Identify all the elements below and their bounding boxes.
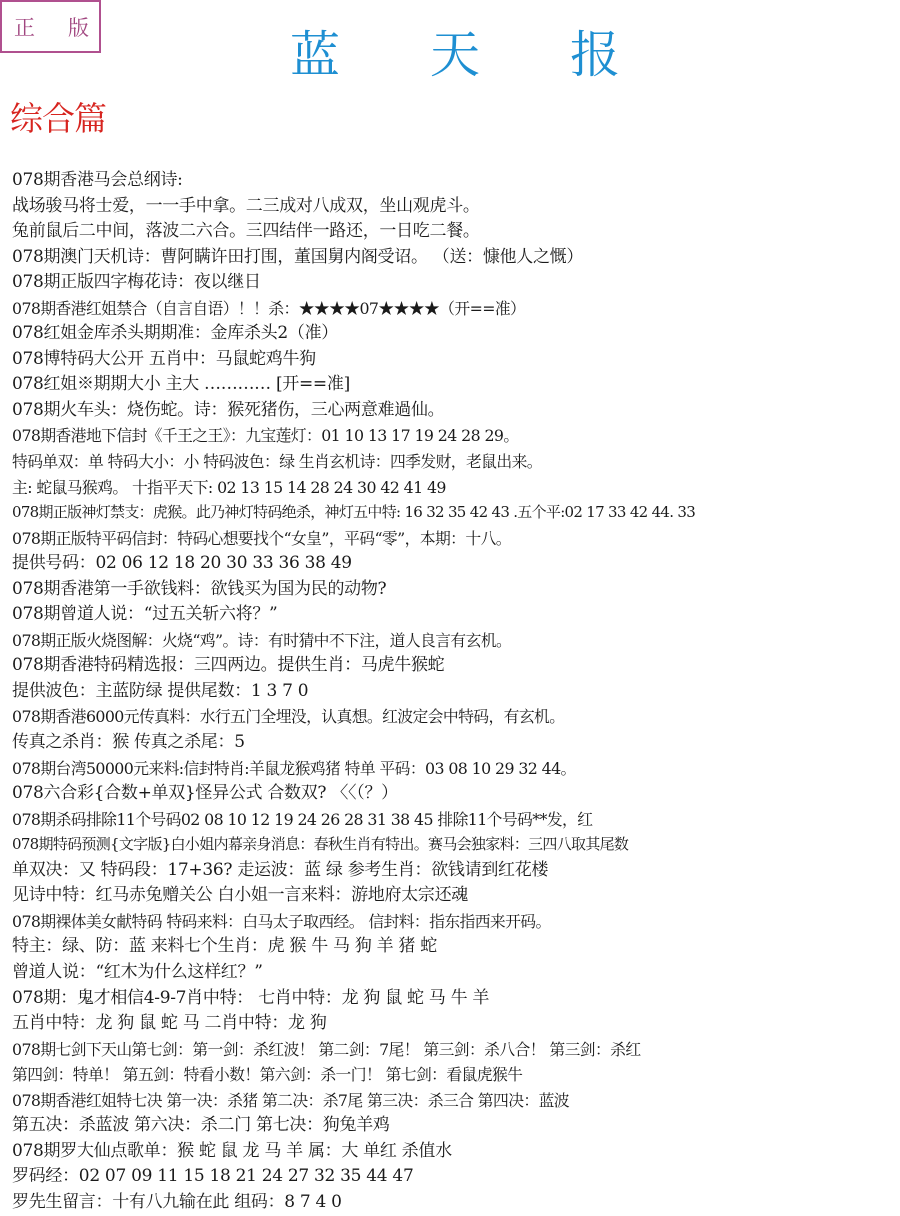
badge-char-2: 版	[68, 12, 89, 42]
content-line: 078期香港红姐特七决 第一决：杀猪 第二决：杀7尾 第三决：杀三合 第四决：蓝…	[12, 1088, 900, 1114]
content-line: 078期正版四字梅花诗：夜以继日	[12, 270, 900, 296]
masthead-char-3: 报	[570, 15, 620, 87]
content-line: 078期：鬼才相信4-9-7肖中特： 七肖中特：龙 狗 鼠 蛇 马 牛 羊	[12, 986, 900, 1012]
content-line: 078期特码预测{文字版}白小姐内幕亲身消息：春秋生肖有特出。赛马会独家料：三四…	[12, 832, 900, 858]
content-line: 078博特码大公开 五肖中：马鼠蛇鸡牛狗	[12, 347, 900, 373]
content-line: 078期香港6000元传真料：水行五门全埋没，认真想。红波定会中特码，有玄机。	[12, 704, 900, 730]
content-line: 078期香港第一手欲钱料：欲钱买为国为民的动物?	[12, 577, 900, 603]
content-lines: 078期香港马会总纲诗: 战场骏马将士爱，一一手中拿。二三成对八成双，坐山观虎斗…	[12, 168, 900, 1215]
content-line: 078期香港马会总纲诗:	[12, 168, 900, 194]
content-line: 罗先生留言：十有八九输在此 组码：8 7 4 0	[12, 1190, 900, 1216]
masthead-title: 蓝 天 报	[290, 18, 620, 84]
content-line: 特码单双：单 特码大小：小 特码波色：绿 生肖玄机诗：四季发财，老鼠出来。	[12, 449, 900, 475]
content-line: 五肖中特：龙 狗 鼠 蛇 马 二肖中特：龙 狗	[12, 1011, 900, 1037]
content-line: 078红姐金库杀头期期准：金库杀头2（准）	[12, 321, 900, 347]
content-line: 078期曾道人说：“过五关斩六将？”	[12, 602, 900, 628]
masthead-char-2: 天	[430, 15, 480, 87]
content-line: 078期七剑下天山第七剑：第一剑：杀红波！ 第二剑：7尾！ 第三剑：杀八合！ 第…	[12, 1037, 900, 1063]
content-line: 第四剑：特单！ 第五剑：特看小数！第六剑：杀一门！ 第七剑：看鼠虎猴牛	[12, 1062, 900, 1088]
content-line: 078红姐※期期大小 主大 ………… [开==准]	[12, 372, 900, 398]
content-line: 特主：绿、防：蓝 来料七个生肖：虎 猴 牛 马 狗 羊 猪 蛇	[12, 934, 900, 960]
content-line: 078期香港红姐禁合（自言自语）！！杀：★★★★07★★★★（开==准）	[12, 296, 900, 322]
content-line: 提供波色：主蓝防绿 提供尾数：1 3 7 0	[12, 679, 900, 705]
content-line: 078期杀码排除11个号码02 08 10 12 19 24 26 28 31 …	[12, 807, 900, 833]
badge-char-1: 正	[14, 12, 35, 42]
content-line: 078期正版火烧图解：火烧“鸡”。诗：有时猜中不下注，道人良言有玄机。	[12, 628, 900, 654]
content-line: 主: 蛇鼠马猴鸡。 十指平天下: 02 13 15 14 28 24 30 42…	[12, 475, 900, 501]
content-line: 078期火车头：烧伤蛇。诗：猴死猪伤，三心两意难過仙。	[12, 398, 900, 424]
content-line: 078期香港地下信封《千王之王》：九宝莲灯：01 10 13 17 19 24 …	[12, 423, 900, 449]
section-title: 综合篇	[10, 93, 106, 140]
content-line: 罗码经：02 07 09 11 15 18 21 24 27 32 35 44 …	[12, 1164, 900, 1190]
content-line: 第五决：杀蓝波 第六决：杀二门 第七决：狗兔羊鸡	[12, 1113, 900, 1139]
content-line: 078期澳门天机诗：曹阿瞒许田打围，董国舅内阁受诏。 （送：慷他人之慨）	[12, 245, 900, 271]
content-line: 单双决：又 特码段：17+36? 走运波：蓝 绿 参考生肖：欲钱请到红花楼	[12, 858, 900, 884]
content-line: 078期正版特平码信封：特码心想要找个“女皇”，平码“零”，本期：十八。	[12, 526, 900, 552]
content-line: 078期裸体美女献特码 特码来料：白马太子取西经。 信封料：指东指西来开码。	[12, 909, 900, 935]
content-line: 提供号码：02 06 12 18 20 30 33 36 38 49	[12, 551, 900, 577]
authentic-edition-badge: 正 版	[0, 0, 101, 53]
content-line: 传真之杀肖：猴 传真之杀尾：5	[12, 730, 900, 756]
content-line: 曾道人说：“红木为什么这样红？”	[12, 960, 900, 986]
content-line: 078期香港特码精选报：三四两边。提供生肖：马虎牛猴蛇	[12, 653, 900, 679]
content-line: 见诗中特：红马赤兔赠关公 白小姐一言来料：游地府太宗还魂	[12, 883, 900, 909]
content-line: 兔前鼠后二中间，落波二六合。三四结伴一路还，一日吃二餐。	[12, 219, 900, 245]
content-line: 078六合彩{合数+单双}怪异公式 合数双? 〈〈（？）	[12, 781, 900, 807]
content-line: 078期正版神灯禁支：虎猴。此乃神灯特码绝杀，神灯五中特: 16 32 35 4…	[12, 500, 900, 526]
content-line: 078期罗大仙点歌单：猴 蛇 鼠 龙 马 羊 属：大 单红 杀值水	[12, 1139, 900, 1165]
content-line: 战场骏马将士爱，一一手中拿。二三成对八成双，坐山观虎斗。	[12, 194, 900, 220]
content-line: 078期台湾50000元来料:信封特肖:羊鼠龙猴鸡猪 特单 平码：03 08 1…	[12, 756, 900, 782]
masthead-char-1: 蓝	[290, 15, 340, 87]
